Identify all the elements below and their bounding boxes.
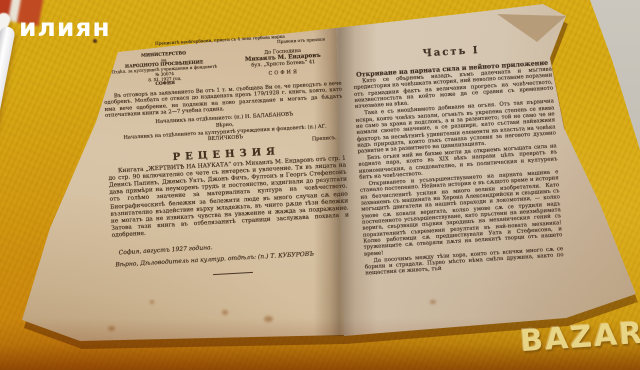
seller-watermark: илиян bbox=[19, 13, 111, 42]
marketplace-photo: Преписитѣ необгербвани, приети съ 4 лева… bbox=[0, 0, 640, 370]
bottom-vignette bbox=[0, 0, 640, 370]
